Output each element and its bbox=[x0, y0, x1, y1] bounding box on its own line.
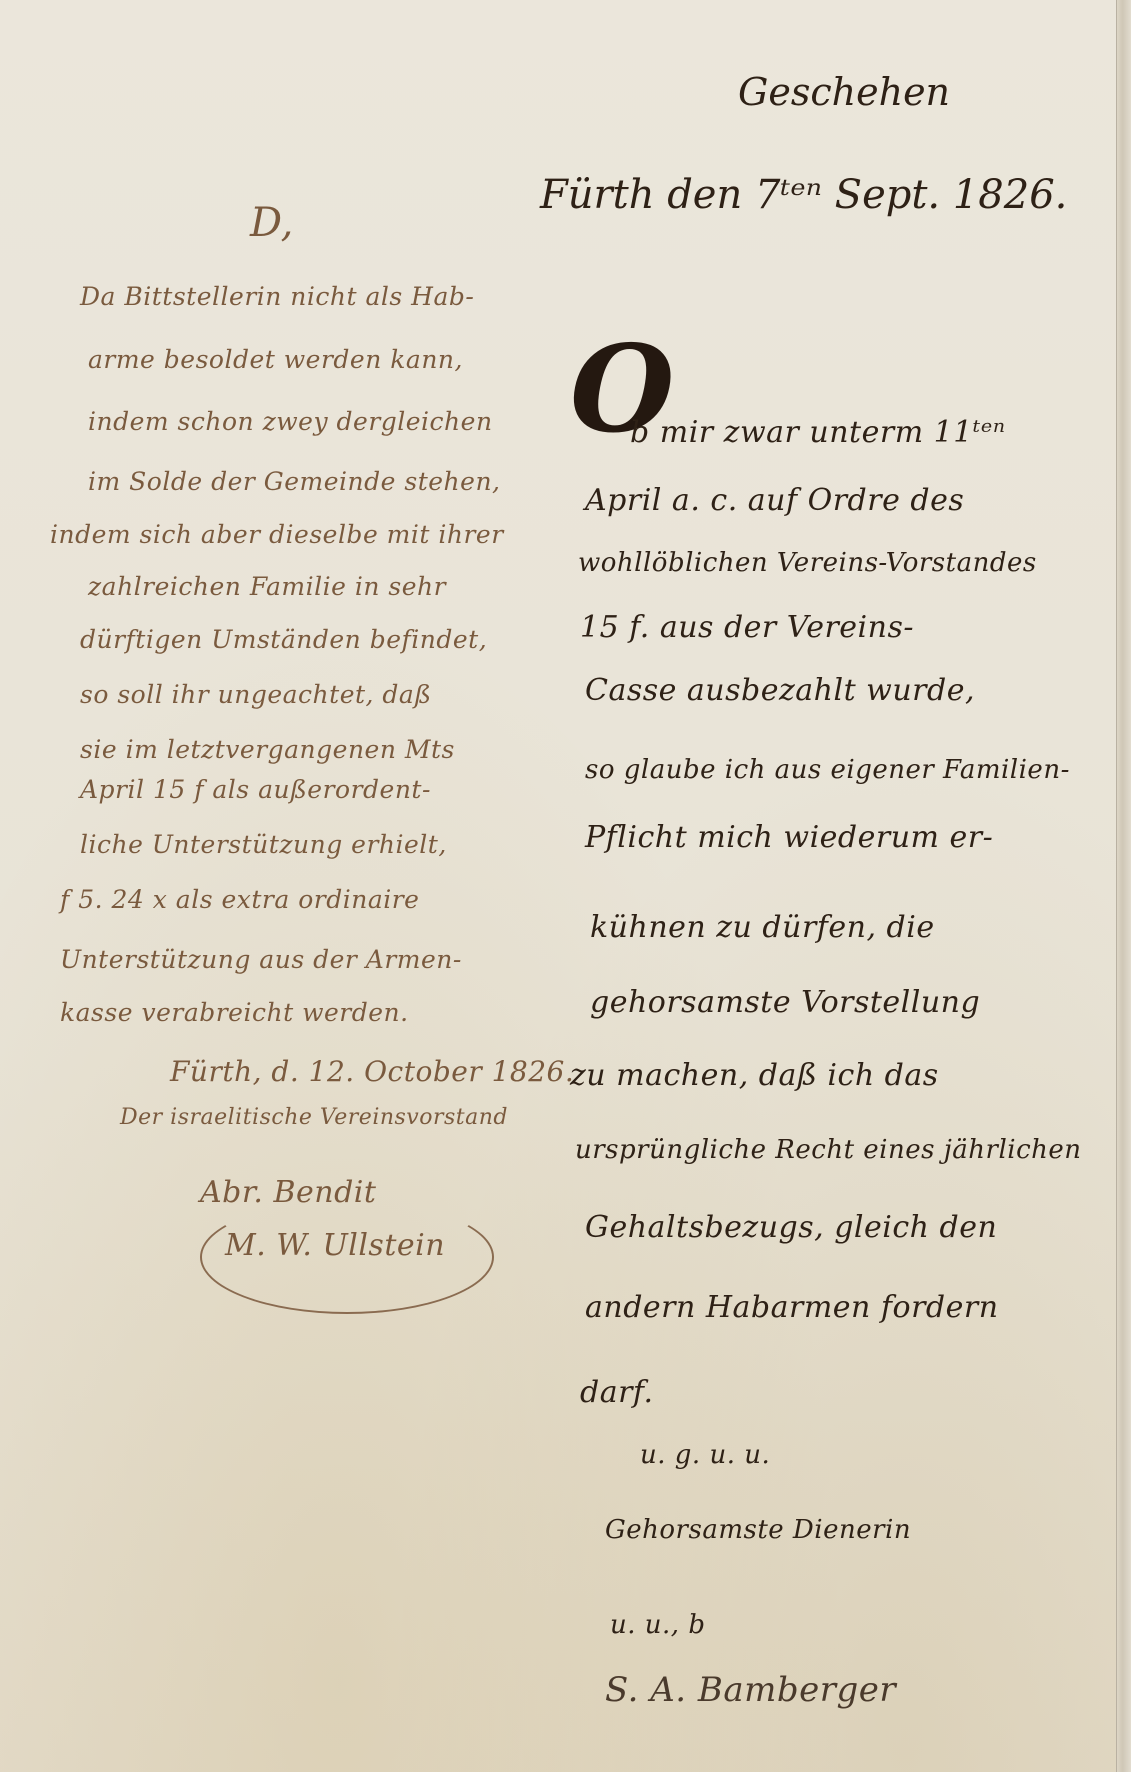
resolution-line: indem sich aber dieselbe mit ihrer bbox=[50, 520, 504, 549]
petition-closing-abbrev: u. u., b bbox=[610, 1610, 705, 1640]
resolution-line: f 5. 24 x als extra ordinaire bbox=[60, 885, 419, 914]
petition-line: April a. c. auf Ordre des bbox=[585, 483, 964, 518]
resolution-date: Fürth, d. 12. October 1826. bbox=[170, 1055, 574, 1088]
header-salutation: Geschehen bbox=[738, 70, 950, 114]
resolution-marker: D, bbox=[250, 200, 293, 246]
petition-line: andern Habarmen fordern bbox=[585, 1290, 999, 1325]
resolution-line: zahlreichen Familie in sehr bbox=[88, 572, 446, 601]
petition-line: Pflicht mich wiederum er- bbox=[585, 820, 993, 855]
petition-closing: u. g. u. u. bbox=[640, 1440, 770, 1470]
petition-line: kühnen zu dürfen, die bbox=[590, 910, 935, 945]
resolution-line: indem schon zwey dergleichen bbox=[88, 407, 493, 436]
petitioner-signature: S. A. Bamberger bbox=[605, 1670, 896, 1710]
resolution-line: Unterstützung aus der Armen- bbox=[60, 945, 462, 974]
petition-line: 15 f. aus der Vereins- bbox=[580, 610, 914, 645]
resolution-line: April 15 f als außerordent- bbox=[80, 775, 431, 804]
resolution-line: im Solde der Gemeinde stehen, bbox=[88, 467, 501, 496]
document-page: Geschehen Fürth den 7ᵗᵉⁿ Sept. 1826. D, … bbox=[0, 0, 1131, 1772]
petition-line: wohllöblichen Vereins-Vorstandes bbox=[578, 548, 1037, 578]
petition-line: darf. bbox=[580, 1375, 654, 1410]
petition-line: Gehaltsbezugs, gleich den bbox=[585, 1210, 997, 1245]
resolution-line: so soll ihr ungeachtet, daß bbox=[80, 680, 432, 709]
petition-line: b mir zwar unterm 11ᵗᵉⁿ bbox=[630, 415, 1006, 450]
resolution-line: arme besoldet werden kann, bbox=[88, 345, 463, 374]
signature-flourish bbox=[200, 1200, 494, 1314]
resolution-authority: Der israelitische Vereinsvorstand bbox=[120, 1105, 508, 1130]
petition-line: ursprüngliche Recht eines jährlichen bbox=[575, 1135, 1082, 1165]
resolution-line: sie im letztvergangenen Mts bbox=[80, 735, 455, 764]
resolution-line: liche Unterstützung erhielt, bbox=[80, 830, 447, 859]
petition-line: Casse ausbezahlt wurde, bbox=[585, 673, 975, 708]
resolution-line: kasse verabreicht werden. bbox=[60, 998, 409, 1027]
petition-line: zu machen, daß ich das bbox=[570, 1058, 939, 1093]
petition-line: gehorsamste Vorstellung bbox=[590, 985, 980, 1020]
header-place-date: Fürth den 7ᵗᵉⁿ Sept. 1826. bbox=[540, 172, 1067, 218]
resolution-line: dürftigen Umständen befindet, bbox=[80, 625, 487, 654]
petition-closing-formula: Gehorsamste Dienerin bbox=[605, 1515, 911, 1545]
resolution-line: Da Bittstellerin nicht als Hab- bbox=[80, 282, 474, 311]
paper-edge bbox=[1116, 0, 1131, 1772]
petition-line: so glaube ich aus eigener Familien- bbox=[585, 755, 1070, 785]
